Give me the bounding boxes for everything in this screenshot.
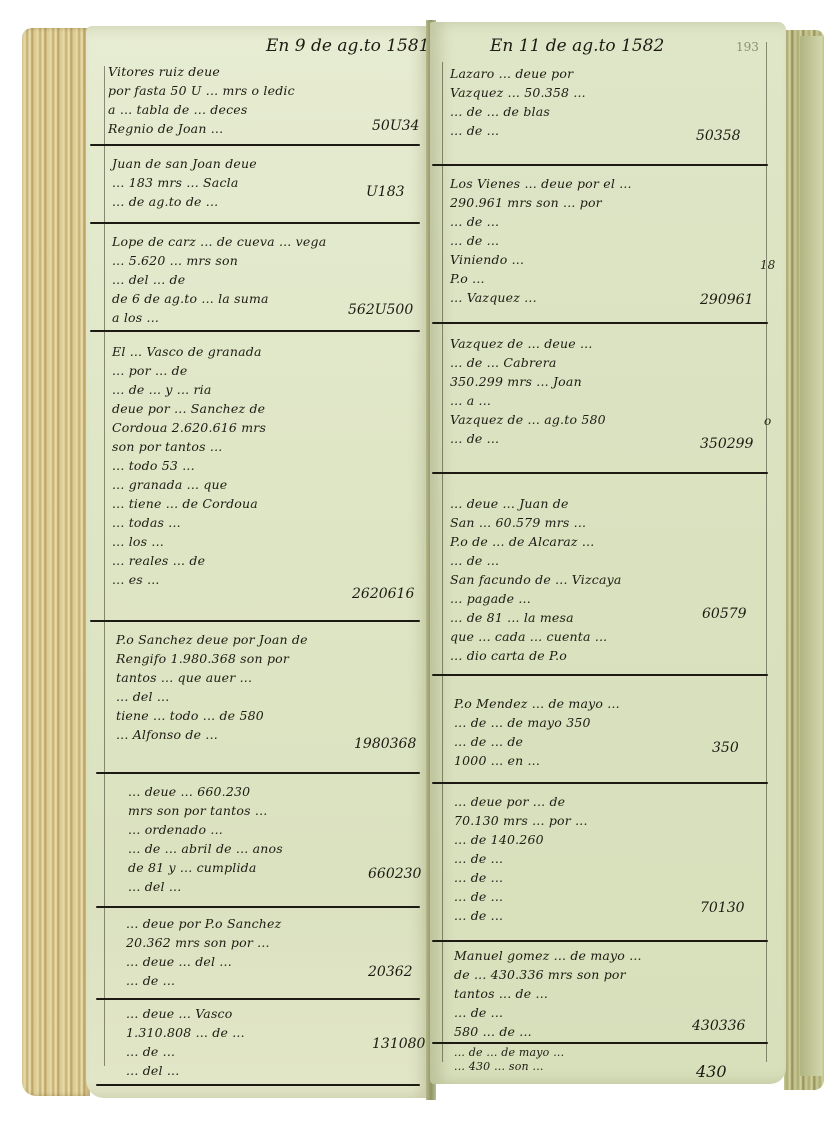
ledger-entry: Juan de san Joan deue ... 183 mrs ... Sa…: [112, 154, 257, 211]
ruling-line: [90, 330, 420, 332]
entry-line: ... dio carta de P.o: [450, 646, 622, 665]
entry-line: 290.961 mrs son ... por: [450, 193, 632, 212]
ledger-entry: El ... Vasco de granada ... por ... de .…: [112, 342, 266, 589]
entry-line: ... de ag.to de ...: [112, 192, 257, 211]
entry-amount: 430: [696, 1062, 727, 1081]
entry-line: ... pagade ...: [450, 589, 622, 608]
left-date-header: En 9 de ag.to 1581: [266, 36, 429, 56]
entry-line: ... de ...: [450, 429, 606, 448]
entry-line: Viniendo ...: [450, 250, 632, 269]
entry-line: 20.362 mrs son por ...: [126, 933, 281, 952]
entry-line: ... tiene ... de Cordoua: [112, 494, 266, 513]
entry-line: ... de 140.260: [454, 830, 588, 849]
left-margin-line: [104, 66, 105, 1066]
entry-line: 580 ... de ...: [454, 1022, 642, 1041]
entry-line: ... de ... Cabrera: [450, 353, 606, 372]
entry-line: ... granada ... que: [112, 475, 266, 494]
left-page-edge-stack: [22, 28, 90, 1096]
entry-amount: 60579: [702, 606, 747, 622]
entry-line: ... 5.620 ... mrs son: [112, 251, 326, 270]
entry-line: Vitores ruiz deue: [108, 62, 295, 81]
entry-line: ... de ... y ... ria: [112, 380, 266, 399]
ledger-entry: ... deue por ... de 70.130 mrs ... por .…: [454, 792, 588, 925]
entry-line: son por tantos ...: [112, 437, 266, 456]
entry-amount: 20362: [368, 964, 413, 980]
entry-line: ... reales ... de: [112, 551, 266, 570]
entry-amount: 50358: [696, 128, 741, 144]
entry-line: ... de ...: [454, 1003, 642, 1022]
entry-line: 1000 ... en ...: [454, 751, 620, 770]
entry-line: de 81 y ... cumplida: [128, 858, 283, 877]
entry-amount: 2620616: [352, 586, 414, 602]
entry-amount: 70130: [700, 900, 745, 916]
ruling-line: [90, 222, 420, 224]
ruling-line: [96, 998, 420, 1000]
entry-line: ... deue ... Vasco: [126, 1004, 245, 1023]
entry-line: Los Vienes ... deue por el ...: [450, 174, 632, 193]
entry-line: Vazquez de ... ag.to 580: [450, 410, 606, 429]
entry-line: ... de ...: [450, 121, 586, 140]
entry-line: Rengifo 1.980.368 son por: [116, 649, 308, 668]
entry-line: deue por ... Sanchez de: [112, 399, 266, 418]
ledger-entry: Lope de carz ... de cueva ... vega ... 5…: [112, 232, 326, 327]
entry-line: por fasta 50 U ... mrs o ledic: [108, 81, 295, 100]
entry-line: Vazquez de ... deue ...: [450, 334, 606, 353]
entry-line: ... de ...: [126, 971, 281, 990]
entry-line: ... Vazquez ...: [450, 288, 632, 307]
entry-line: ... deue ... Juan de: [450, 494, 622, 513]
ledger-entry: ... de ... de mayo ... ... 430 ... son .…: [454, 1046, 564, 1074]
ruling-line: [432, 1042, 768, 1044]
entry-line: 1.310.808 ... de ...: [126, 1023, 245, 1042]
entry-amount: 290961: [700, 292, 753, 308]
right-page-flap: [800, 36, 822, 1076]
entry-line: ... es ...: [112, 570, 266, 589]
entry-line: ... de ...: [454, 906, 588, 925]
entry-line: ... de 81 ... la mesa: [450, 608, 622, 627]
right-page: En 11 de ag.to 1582 193 Lazaro ... deue …: [430, 22, 786, 1084]
entry-line: 70.130 mrs ... por ...: [454, 811, 588, 830]
folio-number: 193: [736, 40, 759, 54]
entry-line: ... de ...: [454, 887, 588, 906]
open-ledger-book: En 9 de ag.to 1581 Vitores ruiz deue por…: [0, 0, 840, 1134]
ruling-line: [432, 472, 768, 474]
entry-line: a los ...: [112, 308, 326, 327]
entry-line: ... de ... de mayo ...: [454, 1046, 564, 1060]
entry-line: El ... Vasco de granada: [112, 342, 266, 361]
entry-line: ... del ...: [128, 877, 283, 896]
entry-amount: 430336: [692, 1018, 745, 1034]
entry-amount: 350: [712, 740, 739, 756]
entry-line: ... los ...: [112, 532, 266, 551]
entry-line: tiene ... todo ... de 580: [116, 706, 308, 725]
ruling-line: [90, 144, 420, 146]
entry-line: ... del ...: [126, 1061, 245, 1080]
entry-line: Lazaro ... deue por: [450, 64, 586, 83]
entry-line: ... de ...: [450, 551, 622, 570]
ledger-entry: P.o Mendez ... de mayo ... ... de ... de…: [454, 694, 620, 770]
entry-line: ... todas ...: [112, 513, 266, 532]
ruling-line: [96, 906, 420, 908]
ledger-entry: Lazaro ... deue por Vazquez ... 50.358 .…: [450, 64, 586, 140]
entry-line: Regnio de Joan ...: [108, 119, 295, 138]
ruling-line: [432, 940, 768, 942]
entry-line: ... del ...: [116, 687, 308, 706]
entry-amount: 660230: [368, 866, 421, 882]
entry-line: tantos ... que auer ...: [116, 668, 308, 687]
entry-line: Manuel gomez ... de mayo ...: [454, 946, 642, 965]
entry-amount: 350299: [700, 436, 753, 452]
right-margin-line-outer: [766, 42, 767, 1062]
ruling-line: [432, 782, 768, 784]
entry-line: mrs son por tantos ...: [128, 801, 283, 820]
entry-line: ... todo 53 ...: [112, 456, 266, 475]
entry-line: ... Alfonso de ...: [116, 725, 308, 744]
entry-line: que ... cada ... cuenta ...: [450, 627, 622, 646]
entry-line: ... de ... de blas: [450, 102, 586, 121]
entry-line: ... de ... de mayo 350: [454, 713, 620, 732]
entry-line: ... del ... de: [112, 270, 326, 289]
margin-note: o: [764, 414, 771, 428]
entry-line: San ... 60.579 mrs ...: [450, 513, 622, 532]
entry-line: ... a ...: [450, 391, 606, 410]
entry-line: ... de ... de: [454, 732, 620, 751]
entry-line: Cordoua 2.620.616 mrs: [112, 418, 266, 437]
ledger-entry: Los Vienes ... deue por el ... 290.961 m…: [450, 174, 632, 307]
entry-amount: U183: [366, 184, 405, 200]
entry-line: ... deue ... del ...: [126, 952, 281, 971]
entry-line: ... deue ... 660.230: [128, 782, 283, 801]
ledger-entry: Vazquez de ... deue ... ... de ... Cabre…: [450, 334, 606, 448]
entry-line: a ... tabla de ... deces: [108, 100, 295, 119]
entry-amount: 1980368: [354, 736, 416, 752]
ledger-entry: P.o Sanchez deue por Joan de Rengifo 1.9…: [116, 630, 308, 744]
ruling-line: [432, 322, 768, 324]
entry-line: ... de ...: [450, 212, 632, 231]
entry-line: P.o de ... de Alcaraz ...: [450, 532, 622, 551]
entry-line: ... de ...: [454, 868, 588, 887]
entry-line: ... de ...: [450, 231, 632, 250]
entry-line: Juan de san Joan deue: [112, 154, 257, 173]
entry-line: P.o ...: [450, 269, 632, 288]
ledger-entry: Vitores ruiz deue por fasta 50 U ... mrs…: [108, 62, 295, 138]
entry-line: ... de ...: [454, 849, 588, 868]
ledger-entry: Manuel gomez ... de mayo ... de ... 430.…: [454, 946, 642, 1041]
entry-amount: 50U34: [372, 118, 419, 134]
ruling-line: [90, 620, 420, 622]
entry-line: de 6 de ag.to ... la suma: [112, 289, 326, 308]
ledger-entry: ... deue ... 660.230 mrs son por tantos …: [128, 782, 283, 896]
entry-line: P.o Sanchez deue por Joan de: [116, 630, 308, 649]
entry-line: Lope de carz ... de cueva ... vega: [112, 232, 326, 251]
ledger-entry: ... deue ... Juan de San ... 60.579 mrs …: [450, 494, 622, 665]
margin-note: 18: [760, 258, 775, 272]
entry-line: 350.299 mrs ... Joan: [450, 372, 606, 391]
entry-line: ... 430 ... son ...: [454, 1060, 564, 1074]
ruling-line: [96, 1084, 420, 1086]
right-date-header: En 11 de ag.to 1582: [490, 36, 664, 56]
ruling-line: [432, 164, 768, 166]
entry-line: ... 183 mrs ... Sacla: [112, 173, 257, 192]
entry-line: ... de ...: [126, 1042, 245, 1061]
entry-line: tantos ... de ...: [454, 984, 642, 1003]
entry-amount: 562U500: [348, 302, 413, 318]
entry-line: ... deue por ... de: [454, 792, 588, 811]
entry-line: ... ordenado ...: [128, 820, 283, 839]
right-margin-line: [442, 62, 443, 1062]
entry-line: ... de ... abril de ... anos: [128, 839, 283, 858]
left-page: En 9 de ag.to 1581 Vitores ruiz deue por…: [86, 26, 432, 1098]
entry-line: ... deue por P.o Sanchez: [126, 914, 281, 933]
entry-line: de ... 430.336 mrs son por: [454, 965, 642, 984]
entry-line: San facundo de ... Vizcaya: [450, 570, 622, 589]
entry-line: P.o Mendez ... de mayo ...: [454, 694, 620, 713]
entry-line: Vazquez ... 50.358 ...: [450, 83, 586, 102]
entry-amount: 1310808: [372, 1036, 434, 1052]
entry-line: ... por ... de: [112, 361, 266, 380]
ledger-entry: ... deue ... Vasco 1.310.808 ... de ... …: [126, 1004, 245, 1080]
ruling-line: [432, 674, 768, 676]
ledger-entry: ... deue por P.o Sanchez 20.362 mrs son …: [126, 914, 281, 990]
ruling-line: [96, 772, 420, 774]
